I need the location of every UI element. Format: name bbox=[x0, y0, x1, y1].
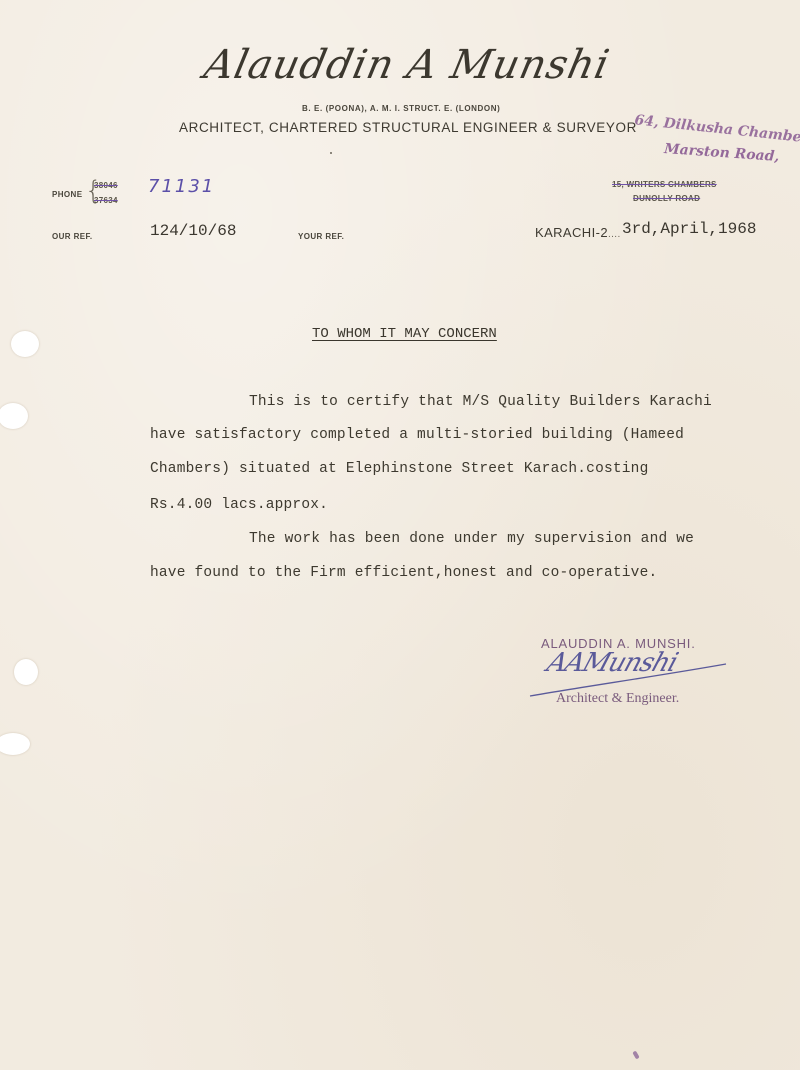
letterhead-name: Alauddin A Munshi bbox=[200, 42, 614, 88]
phone-old-1: 38046 bbox=[94, 181, 118, 190]
city-line: KARACHI-2.... bbox=[535, 225, 621, 240]
phone-new-handwritten: 71131 bbox=[148, 176, 215, 197]
address-stamp-line-2: Marston Road, bbox=[664, 141, 780, 165]
ink-speck bbox=[632, 1051, 639, 1060]
body-line: Chambers) situated at Elephinstone Stree… bbox=[150, 461, 648, 477]
phone-old-2: 37634 bbox=[94, 196, 118, 205]
punch-hole bbox=[11, 331, 39, 357]
letterhead-title: ARCHITECT, CHARTERED STRUCTURAL ENGINEER… bbox=[179, 120, 637, 135]
letter-paper: Alauddin A Munshi B. E. (POONA), A. M. I… bbox=[0, 0, 800, 1070]
our-ref-label: OUR REF. bbox=[52, 232, 93, 241]
letter-heading: TO WHOM IT MAY CONCERN bbox=[312, 326, 497, 342]
punch-hole bbox=[0, 733, 30, 755]
phone-label: PHONE bbox=[52, 190, 82, 199]
body-line: This is to certify that M/S Quality Buil… bbox=[249, 394, 712, 410]
letter-date: 3rd,April,1968 bbox=[622, 220, 756, 238]
body-line: The work has been done under my supervis… bbox=[249, 531, 694, 547]
body-line: have satisfactory completed a multi-stor… bbox=[150, 427, 684, 443]
city: KARACHI-2 bbox=[535, 225, 608, 240]
body-line: have found to the Firm efficient,honest … bbox=[150, 565, 657, 581]
body-line: Rs.4.00 lacs.approx. bbox=[150, 497, 328, 513]
ink-speck bbox=[330, 152, 332, 154]
address-stamp-line-1: 64, Dilkusha Chambers, bbox=[634, 112, 800, 148]
punch-hole bbox=[0, 403, 28, 429]
old-address-line-2: DUNOLLY ROAD bbox=[633, 194, 700, 203]
old-address-line-1: 15, WRITERS CHAMBERS bbox=[612, 180, 717, 189]
punch-hole bbox=[14, 659, 38, 685]
our-ref-value: 124/10/68 bbox=[150, 222, 236, 240]
letterhead-qualifications: B. E. (POONA), A. M. I. STRUCT. E. (LOND… bbox=[302, 104, 500, 113]
city-dots: .... bbox=[608, 229, 621, 240]
signature-title-stamp: Architect & Engineer. bbox=[556, 691, 679, 707]
your-ref-label: YOUR REF. bbox=[298, 232, 344, 241]
